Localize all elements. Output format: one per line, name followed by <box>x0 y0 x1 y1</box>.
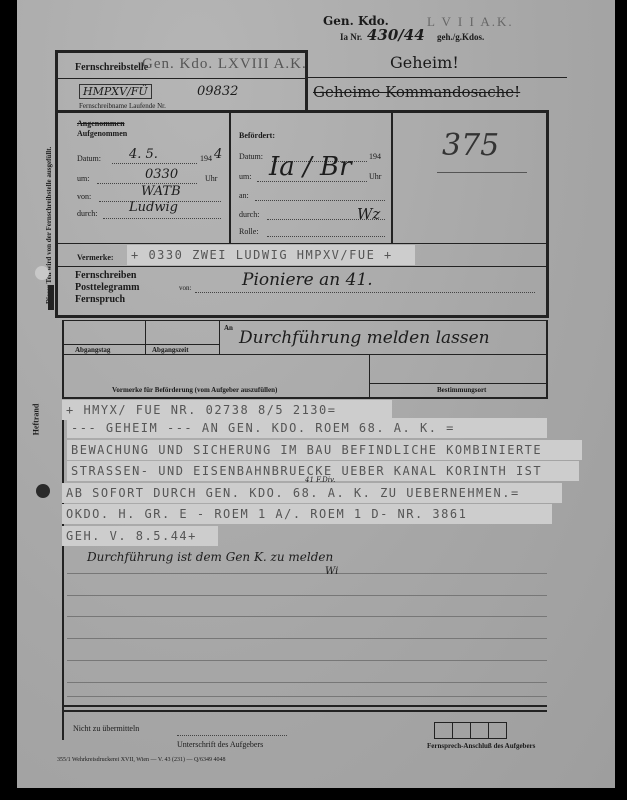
geh-label: geh./g.Kdos. <box>437 32 484 42</box>
geheim-label: Geheim! <box>390 53 459 72</box>
journal-number: 375 <box>442 128 499 163</box>
ia-nr-label: Ia Nr. <box>340 32 362 42</box>
fernschreibstelle-stamp: Gen. Kdo. LXVIII A.K. <box>142 56 307 73</box>
an-label: An <box>224 324 233 332</box>
befoerdert-uhr-label: Uhr <box>369 172 381 181</box>
heftrand-label: Heftrand <box>31 404 40 436</box>
message-strip-7: GEH. V. 8.5.44+ <box>62 526 218 546</box>
vormerke-label: Vormerke für Beförderung (vom Aufgeber a… <box>112 386 277 394</box>
befoerdert-durch-label: durch: <box>239 210 259 219</box>
punch-hole-bottom <box>36 484 50 498</box>
durch-value: Ludwig <box>129 200 178 215</box>
punch-hole-top <box>35 266 49 280</box>
option-fernspruch: Fernspruch <box>75 294 139 306</box>
message-type-options: Fernschreiben Posttelegramm Fernspruch <box>75 270 139 306</box>
abgangstag-label: Abgangstag <box>75 346 110 354</box>
datum-label: Datum: <box>77 154 101 163</box>
fernschreibname-caption: Fernschreibname Laufende Nr. <box>79 102 166 110</box>
an-value: Durchführung melden lassen <box>239 328 490 348</box>
message-strip-3: BEWACHUNG UND SICHERUNG IM BAU BEFINDLIC… <box>67 440 582 460</box>
telegram-form: Gen. Kdo. L V I I A.K. Ia Nr. 430/44 geh… <box>17 0 615 788</box>
fernsprech-anschluss-label: Fernsprech-Anschluß des Aufgebers <box>427 742 535 750</box>
laufende-nr-value: 09832 <box>197 84 238 99</box>
befoerdert-um-label: um: <box>239 172 251 181</box>
unterschrift-label: Unterschrift des Aufgebers <box>177 740 263 749</box>
year-value: 4 <box>214 147 222 162</box>
geheime-kommandosache-struck: Geheime Kommandosache! <box>313 83 520 101</box>
befoerdert-label: Befördert: <box>239 131 275 140</box>
datum-value: 4. 5. <box>129 147 158 162</box>
bestimmungsort-label: Bestimmungsort <box>437 386 486 394</box>
printer-imprint: 355/1 Wehrkreisdruckerei XVII, Wien — V.… <box>57 757 225 763</box>
message-strip-5: AB SOFORT DURCH GEN. KDO. 68. A. K. ZU U… <box>62 483 562 503</box>
befoerdert-datum-label: Datum: <box>239 152 263 161</box>
befoerdert-rolle-label: Rolle: <box>239 227 259 236</box>
insertion-note: 41 F.Div. <box>305 476 335 484</box>
message-von-value: Pioniere an 41. <box>242 270 373 290</box>
message-von-label: von: <box>179 284 191 292</box>
handwritten-initials: Wi <box>325 566 338 577</box>
fernschreibname-value: HMPXV/FÜ <box>79 84 152 99</box>
message-strip-1: + HMYX/ FUE NR. 02738 8/5 2130= <box>62 400 392 420</box>
handwritten-note: Durchführung ist dem Gen K. zu melden <box>87 550 333 564</box>
befoerdert-year-prefix: 194 <box>369 152 381 161</box>
befoerdert-initials: Wz <box>357 205 380 223</box>
ia-nr-value: 430/44 <box>367 26 425 44</box>
uhr-label: Uhr <box>205 174 217 183</box>
von-label: von: <box>77 192 91 201</box>
option-fernschreiben: Fernschreiben <box>75 270 139 282</box>
abgangszeit-label: Abgangszeit <box>152 346 189 354</box>
option-posttelegramm: Posttelegramm <box>75 282 139 294</box>
befoerdert-an-label: an: <box>239 191 249 200</box>
vermerke-strip: + 0330 ZWEI LUDWIG HMPXV/FUE + <box>127 245 415 265</box>
um-label: um: <box>77 174 89 183</box>
von-value: WATB <box>141 184 181 199</box>
vermerke-label: Vermerke: <box>77 253 114 262</box>
um-value: 0330 <box>145 167 178 182</box>
aufgenommen-label: Aufgenommen <box>77 129 127 138</box>
angenommen-struck: Angenommen <box>77 119 125 128</box>
corps-stamp: L V I I A.K. <box>427 14 514 30</box>
durch-label: durch: <box>77 209 97 218</box>
nicht-zu-uebermitteln: Nicht zu übermitteln <box>73 724 139 733</box>
year-prefix: 194 <box>200 154 212 163</box>
befoerdert-handwritten: Ia / Br <box>269 152 352 182</box>
message-strip-2: --- GEHEIM --- AN GEN. KDO. ROEM 68. A. … <box>67 418 547 438</box>
message-strip-6: OKDO. H. GR. E - ROEM 1 A/. ROEM 1 D- NR… <box>62 504 552 524</box>
fernschreibstelle-label: Fernschreibstelle <box>75 62 148 73</box>
phone-number-boxes <box>434 722 507 739</box>
